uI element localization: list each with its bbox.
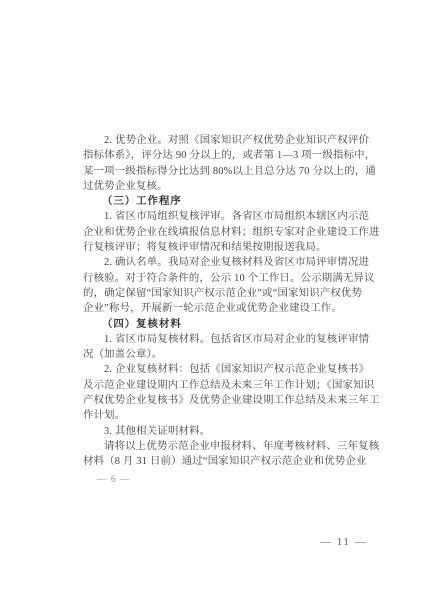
paragraph-line: 1. 省区市局组织复核评审。各省区市局组织本辖区内示范 bbox=[83, 209, 362, 224]
scanned-document-page: 2. 优势企业。对照《国家知识产权优势企业知识产权评价 指标体系》，评分达 90… bbox=[0, 0, 424, 600]
section-heading-review-materials: （四）复核材料 bbox=[83, 317, 362, 332]
paragraph-line: 材料（8 月 31 日前）通过“国家知识产权示范企业和优势企业 bbox=[83, 454, 362, 469]
paragraph-line: 3. 其他相关证明材料。 bbox=[83, 424, 362, 439]
paragraph-line: 企业”称号，开展新一轮示范企业或优势企业建设工作。 bbox=[83, 301, 362, 316]
paragraph-line: 1. 省区市局复核材料。包括省区市局对企业的复核评审情 bbox=[83, 332, 362, 347]
paragraph-line: 况（加盖公章）。 bbox=[83, 347, 362, 362]
paragraph-line: 过优势企业复核。 bbox=[83, 179, 362, 194]
outer-page-number: — 11 — bbox=[320, 535, 367, 549]
paragraph-line: 行核验。对于符合条件的，公示 10 个工作日。公示期满无异议 bbox=[83, 271, 362, 286]
paragraph-line: 企业和优势企业在线填报信息材料；组织专家对企业建设工作进 bbox=[83, 225, 362, 240]
paragraph-line: 及示范企业建设期内工作总结及未来三年工作计划；《国家知识 bbox=[83, 378, 362, 393]
paragraph-line: 行复核评审；将复核评审情况和结果按期报送我局。 bbox=[83, 240, 362, 255]
paragraph-line: 某一项一级指标得分比达到 80%以上且总分达 70 分以上的，通 bbox=[83, 164, 362, 179]
paragraph-line: 2. 企业复核材料：包括《国家知识产权示范企业复核书》 bbox=[83, 362, 362, 377]
paragraph-line: 2. 优势企业。对照《国家知识产权优势企业知识产权评价 bbox=[83, 133, 362, 148]
section-heading-work-procedure: （三）工作程序 bbox=[83, 194, 362, 209]
document-text-block: 2. 优势企业。对照《国家知识产权优势企业知识产权评价 指标体系》，评分达 90… bbox=[83, 133, 362, 470]
inner-page-number: — 6 — bbox=[97, 474, 131, 486]
paragraph-line: 产权优势企业复核书》及优势企业建设期工作总结及未来三年工 bbox=[83, 393, 362, 408]
paragraph-line: 请将以上优势示范企业申报材料、年度考核材料、三年复核 bbox=[83, 439, 362, 454]
paragraph-line: 指标体系》，评分达 90 分以上的，或者第 1—3 项一级指标中， bbox=[83, 148, 362, 163]
paragraph-line: 的，确定保留“国家知识产权示范企业”或“国家知识产权优势 bbox=[83, 286, 362, 301]
paragraph-line: 作计划。 bbox=[83, 408, 362, 423]
paragraph-line: 2. 确认名单。我局对企业复核材料及省区市局评审情况进 bbox=[83, 255, 362, 270]
